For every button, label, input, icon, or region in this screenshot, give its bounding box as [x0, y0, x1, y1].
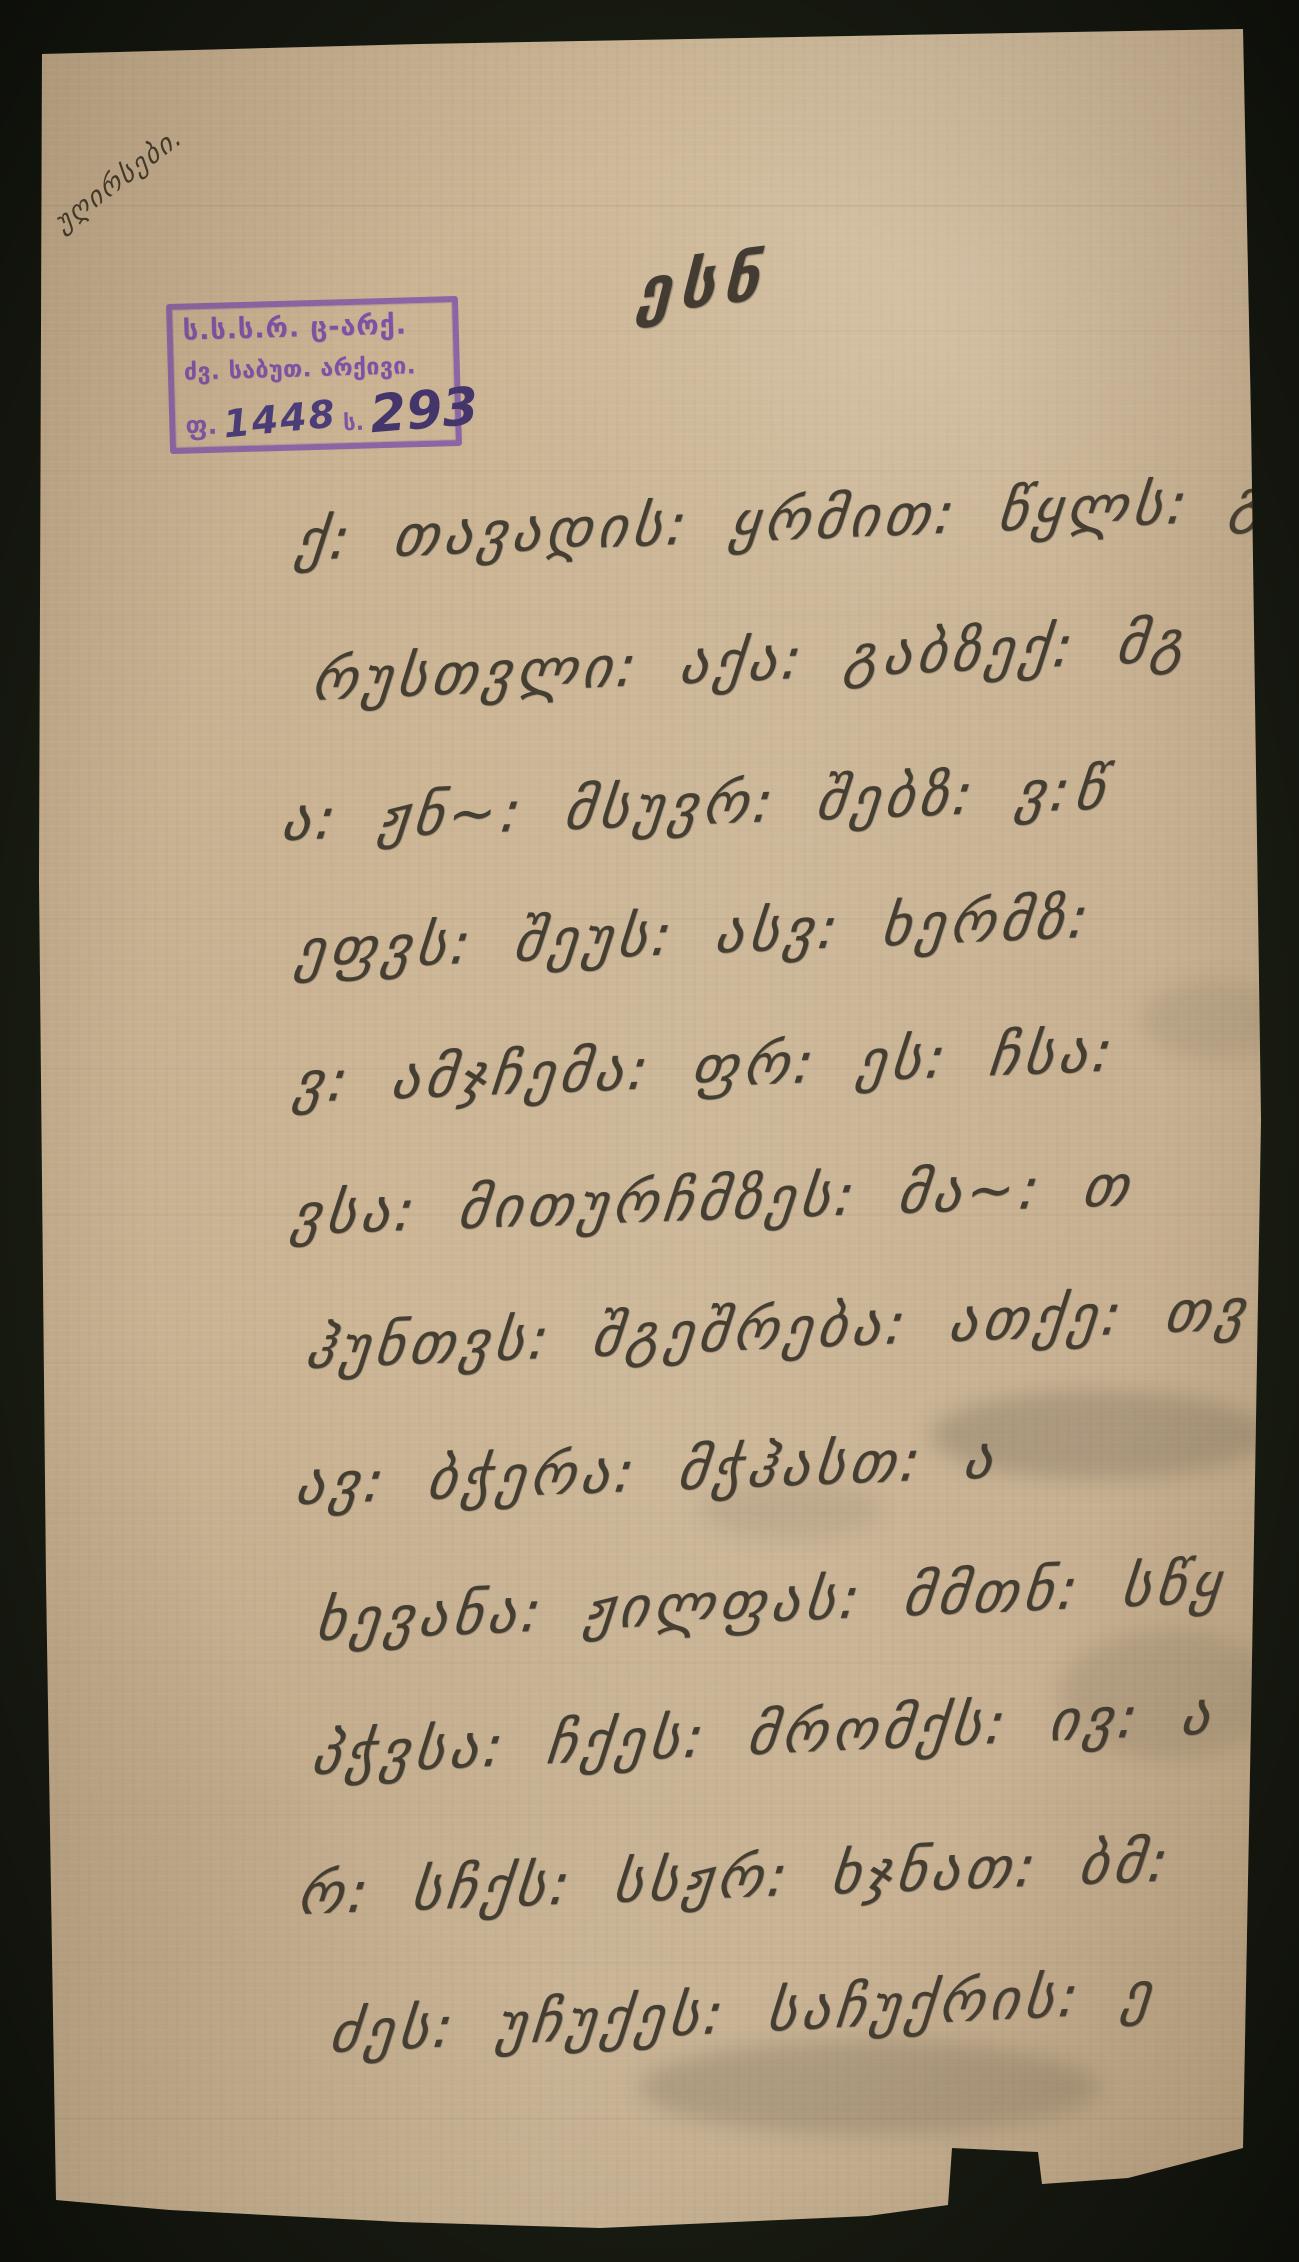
manuscript-line: რ: სჩქს: სსჟრ: ხჯნათ: ბმ:: [294, 1828, 1176, 1928]
stamp-line-1: ს.ს.ს.რ. ც-არქ.: [182, 308, 445, 346]
manuscript-paper: უღირსები. ს.ს.ს.რ. ც-არქ. ძვ. საბუთ. არქ…: [0, 0, 1299, 2262]
stamp-doc-number: 293: [368, 387, 480, 437]
stamp-fond-label: ფ.: [185, 411, 218, 442]
manuscript-line: ეფვს: შეუს: ასვ: ხერმზ:: [292, 884, 1096, 984]
stamp-line-2: ძვ. საბუთ. არქივი.: [184, 352, 447, 385]
corner-annotation: უღირსები.: [50, 120, 188, 239]
paper-crease: [0, 2118, 1299, 2121]
paper-crease: [0, 470, 1299, 473]
manuscript-line: ა: ჟნ~: მსუვრ: შებზ: ვ:წ: [278, 756, 1113, 854]
paper-crease: [0, 1512, 1299, 1515]
manuscript-line: პჭვსა: ჩქეს: მრომქს: ივ: ა: [308, 1681, 1218, 1788]
paper-crease: [472, 50, 474, 690]
manuscript-line: ვ: ამჯჩემა: ფრ: ეს: ჩსა:: [290, 1018, 1121, 1116]
page-heading: ესნ: [635, 239, 769, 330]
manuscript-line: ავ: ბჭერა: მჭჰასთ: ა: [292, 1425, 1002, 1518]
paper-crease: [0, 205, 1299, 208]
stamp-line-3: ფ. 1448 ს. 293: [185, 390, 448, 443]
archive-stamp: ს.ს.ს.რ. ც-არქ. ძვ. საბუთ. არქივი. ფ. 14…: [166, 296, 462, 454]
paper-crease: [0, 1814, 1299, 1817]
manuscript-line: ქ: თავადის: ყრმით: წყლს: განწ: [292, 463, 1299, 574]
manuscript-line: ვსა: მითურჩმზეს: მა~: თ: [288, 1152, 1138, 1248]
manuscript-line: ჰუნთვს: შგეშრება: ათქე: თვ: [302, 1276, 1253, 1382]
manuscript-line: რუსთვლი: აქა: გაბზექ: მგ: [308, 608, 1193, 714]
manuscript-line: ძეს: უჩუქეს: საჩუქრის: ე: [326, 1959, 1159, 2066]
stamp-doc-label: ს.: [343, 411, 365, 437]
ink-smudge: [640, 2040, 1100, 2135]
manuscript-line: ხევანა: ჟილფას: მმთნ: სწყ: [312, 1550, 1229, 1654]
stamp-fond-number: 1448: [221, 392, 339, 447]
paper-crease: [0, 1662, 1299, 1665]
